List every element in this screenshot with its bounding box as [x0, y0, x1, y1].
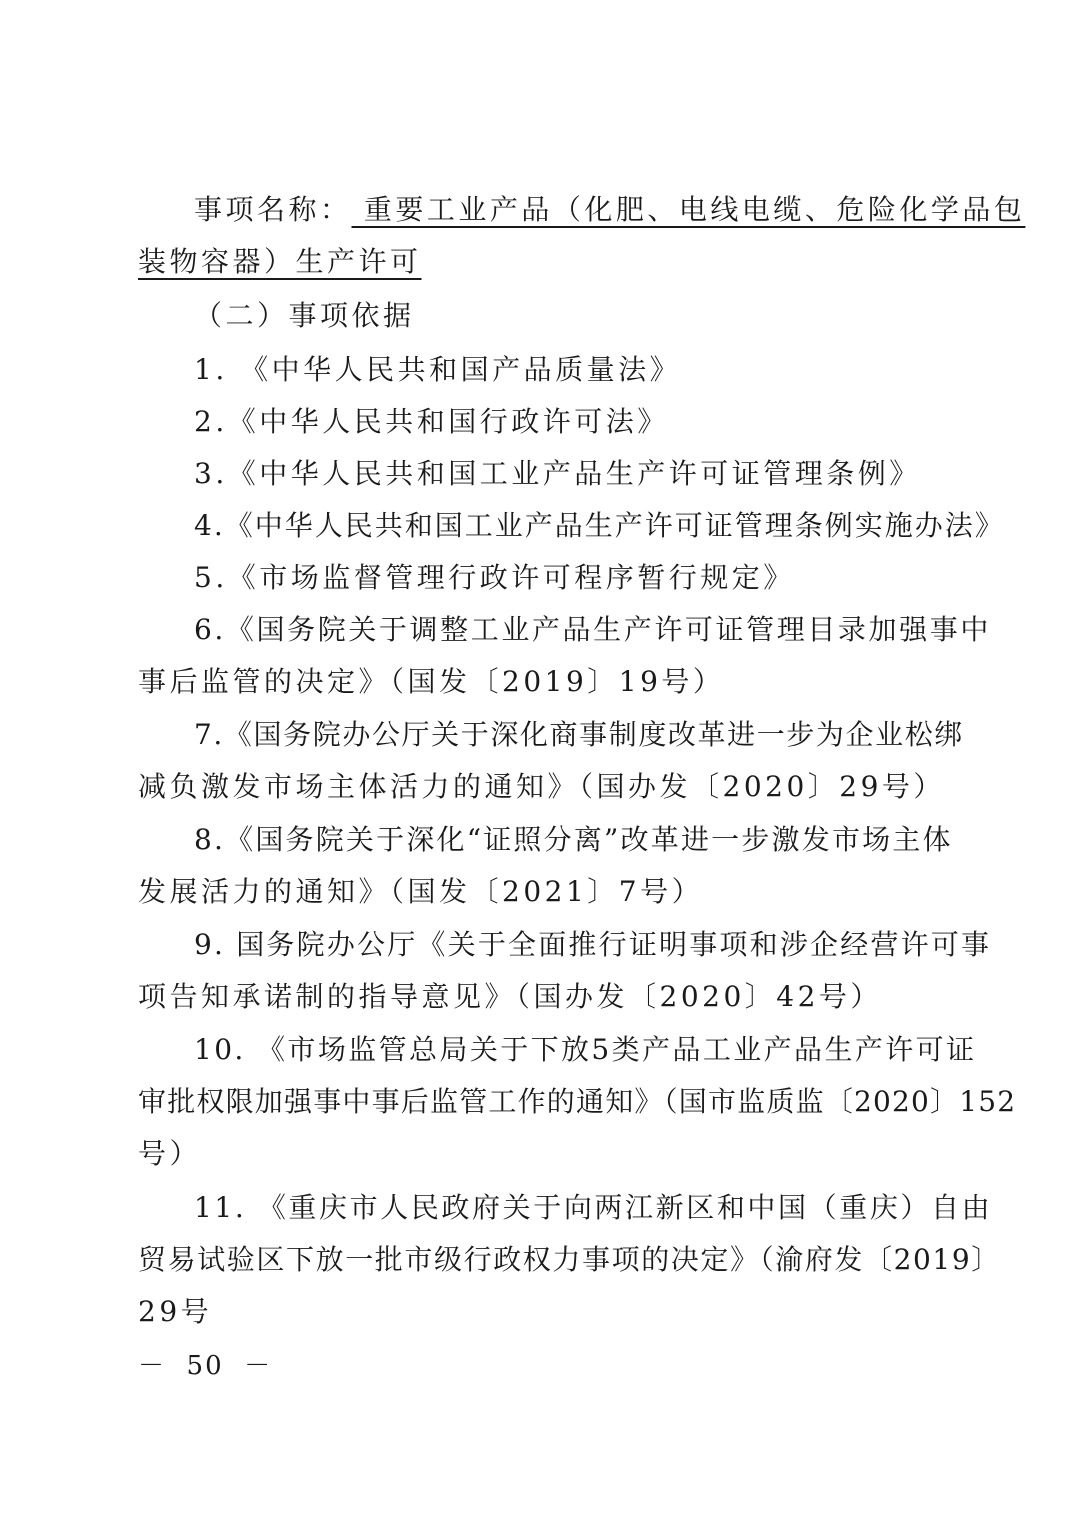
basis-item-8-line-1: 8.《国务院关于深化“证照分离”改革进一步激发市场主体	[194, 820, 953, 860]
page-number: － 50 －	[138, 1348, 272, 1384]
basis-item-8-line-2: 发展活力的通知》（国发〔2021〕7号）	[138, 872, 703, 912]
basis-item-9-line-1: 9. 国务院办公厅《关于全面推行证明事项和涉企经营许可事	[194, 925, 991, 965]
basis-item-6-line-2: 事后监管的决定》（国发〔2019〕19号）	[138, 662, 724, 702]
item-name-value: 重要工业产品（化肥、电线电缆、危险化学品包	[352, 193, 1026, 226]
basis-item-9-line-2: 项告知承诺制的指导意见》（国办发〔2020〕42号）	[138, 977, 882, 1017]
basis-item-10-line-3: 号）	[138, 1134, 201, 1174]
basis-item-6-line-1: 6.《国务院关于调整工业产品生产许可证管理目录加强事中	[194, 610, 991, 650]
basis-item-7-line-2: 减负激发市场主体活力的通知》（国办发〔2020〕29号）	[138, 767, 945, 807]
basis-item-7-line-1: 7.《国务院办公厅关于深化商事制度改革进一步为企业松绑	[194, 715, 964, 755]
basis-item-11-line-2: 贸易试验区下放一批市级行政权力事项的决定》（渝府发〔2019〕	[138, 1240, 1001, 1280]
basis-item-11-line-1: 11. 《重庆市人民政府关于向两江新区和中国（重庆）自由	[194, 1188, 992, 1228]
item-name-value-continued: 装物容器）生产许可	[138, 245, 422, 278]
section-heading: （二）事项依据	[194, 296, 415, 336]
basis-item-10-line-2: 审批权限加强事中事后监管工作的通知》（国市监质监〔2020〕152	[138, 1082, 1016, 1122]
basis-item-4: 4.《中华人民共和国工业产品生产许可证管理条例实施办法》	[194, 506, 1005, 546]
item-name-label: 事项名称：	[194, 193, 352, 226]
item-name-line-2: 装物容器）生产许可	[138, 242, 422, 282]
basis-item-5: 5.《市场监督管理行政许可程序暂行规定》	[194, 558, 795, 598]
item-name-line-1: 事项名称： 重要工业产品（化肥、电线电缆、危险化学品包	[194, 190, 1025, 230]
basis-item-2: 2.《中华人民共和国行政许可法》	[194, 402, 669, 442]
basis-item-10-line-1: 10. 《市场监管总局关于下放5类产品工业产品生产许可证	[194, 1030, 976, 1070]
basis-item-1: 1. 《中华人民共和国产品质量法》	[194, 350, 681, 390]
basis-item-3: 3.《中华人民共和国工业产品生产许可证管理条例》	[194, 454, 921, 494]
basis-item-11-line-3: 29号	[138, 1292, 212, 1332]
